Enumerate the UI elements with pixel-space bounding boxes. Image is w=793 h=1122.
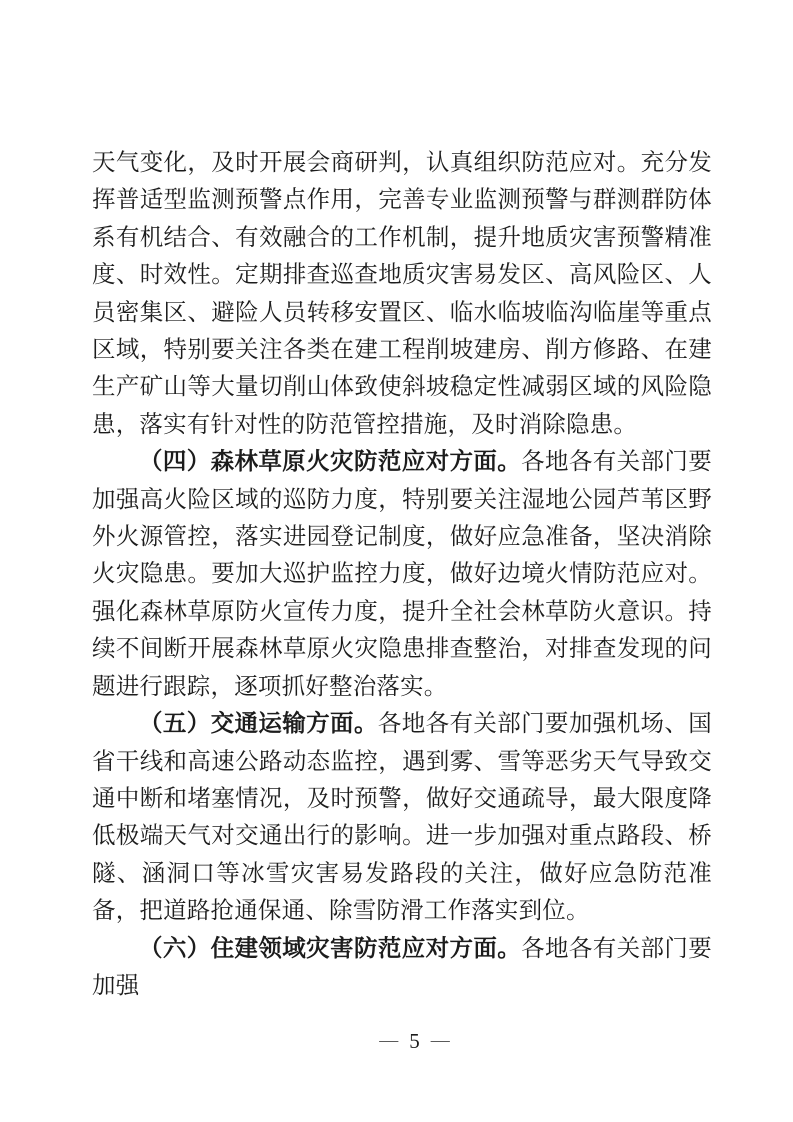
- paragraph-section-5: （五）交通运输方面。各地各有关部门要加强机场、国省干线和高速公路动态监控，遇到雾…: [92, 706, 712, 930]
- section-6-lead: （六）住建领域灾害防范应对方面。: [139, 936, 521, 962]
- section-4-lead: （四）森林草原火灾防范应对方面。: [139, 449, 521, 475]
- footer-dash-left: —: [379, 1030, 398, 1051]
- paragraph-section-6: （六）住建领域灾害防范应对方面。各地各有关部门要加强: [92, 931, 712, 1006]
- section-5-text: 各地各有关部门要加强机场、国省干线和高速公路动态监控，遇到雾、雪等恶劣天气导致交…: [92, 711, 712, 924]
- section-5-lead: （五）交通运输方面。: [139, 711, 378, 737]
- paragraph-text: 天气变化，及时开展会商研判，认真组织防范应对。充分发挥普适型监测预警点作用，完善…: [92, 150, 712, 438]
- document-page: 天气变化，及时开展会商研判，认真组织防范应对。充分发挥普适型监测预警点作用，完善…: [0, 0, 793, 1122]
- paragraph-continuation: 天气变化，及时开展会商研判，认真组织防范应对。充分发挥普适型监测预警点作用，完善…: [92, 145, 712, 444]
- page-footer: —5—: [368, 1028, 461, 1056]
- page-number: 5: [409, 1029, 420, 1053]
- footer-dash-right: —: [431, 1030, 450, 1051]
- paragraph-section-4: （四）森林草原火灾防范应对方面。各地各有关部门要加强高火险区域的巡防力度，特别要…: [92, 444, 712, 706]
- section-4-text: 各地各有关部门要加强高火险区域的巡防力度，特别要关注湿地公园芦苇区野外火源管控，…: [92, 449, 712, 699]
- document-body: 天气变化，及时开展会商研判，认真组织防范应对。充分发挥普适型监测预警点作用，完善…: [92, 145, 712, 1005]
